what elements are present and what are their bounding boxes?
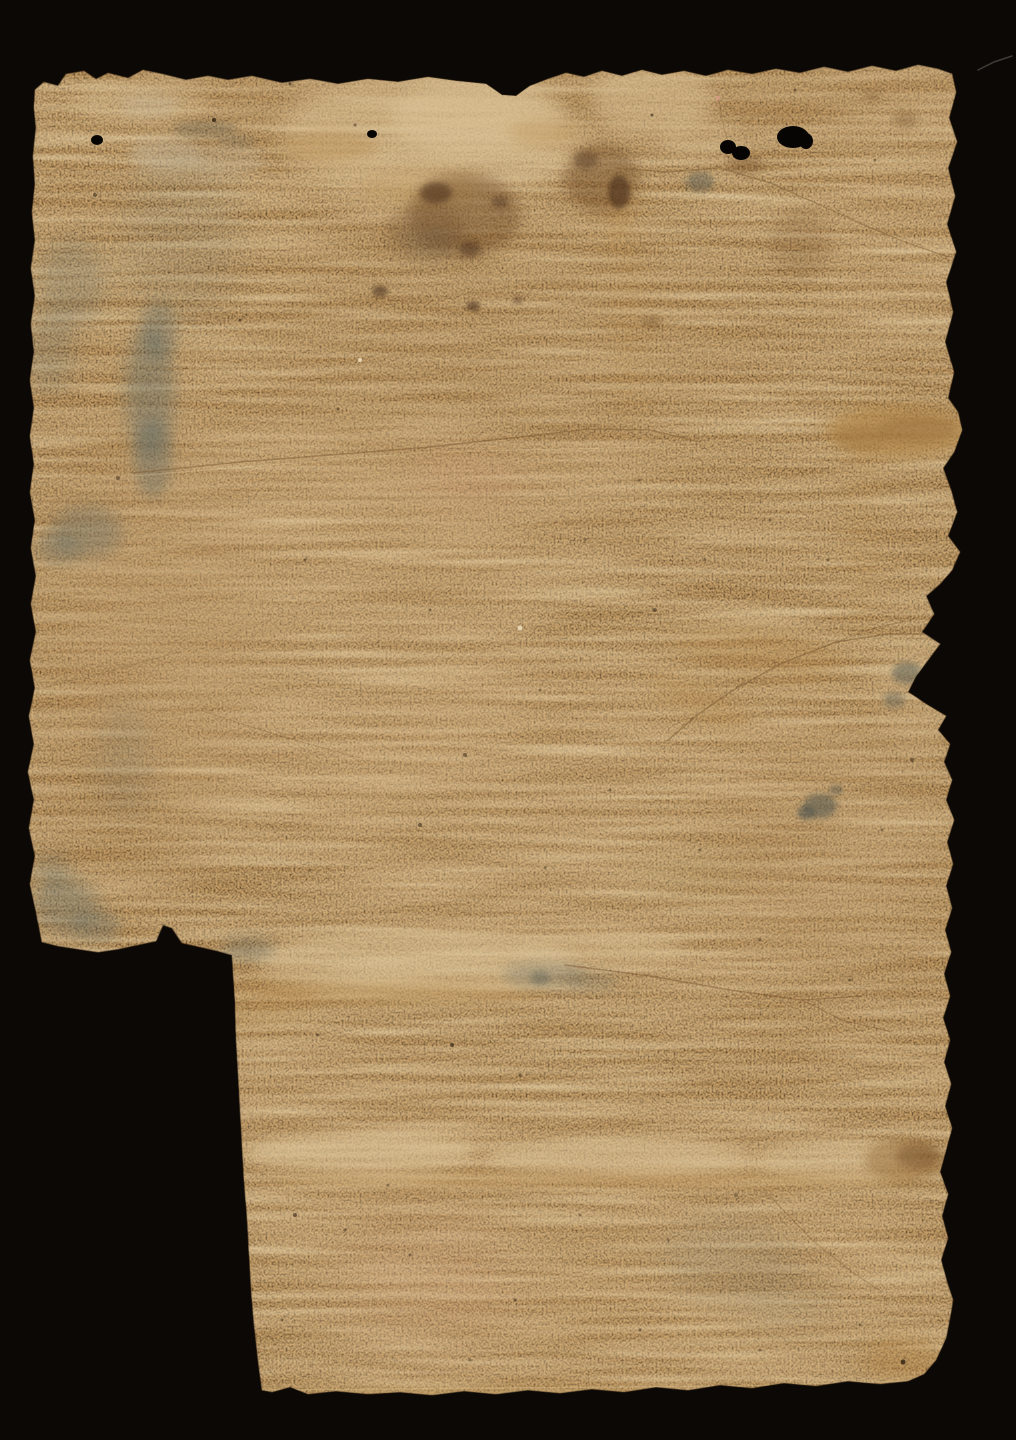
paper-speck xyxy=(469,1359,472,1362)
stain-blob xyxy=(740,1268,840,1332)
stain-blob xyxy=(173,121,237,137)
stain-blob xyxy=(896,1144,940,1168)
stain-blob xyxy=(120,93,180,117)
stain-blob xyxy=(410,450,530,510)
paper-speck xyxy=(317,1034,320,1037)
stain-blob xyxy=(282,131,378,163)
paper-speck xyxy=(639,479,642,482)
stain-blob xyxy=(34,852,70,892)
stain-blob xyxy=(878,416,958,444)
paper-speck xyxy=(344,1229,347,1232)
paper-speck xyxy=(116,476,120,480)
paper-speck xyxy=(544,867,547,870)
stain-blob xyxy=(834,425,890,449)
paper-speck xyxy=(304,559,307,562)
paper-speck xyxy=(409,1254,412,1257)
stain-blob xyxy=(485,1138,755,1178)
paper-speck xyxy=(827,559,830,562)
stain-blob xyxy=(219,135,255,147)
stain-blob xyxy=(564,144,640,212)
stain-blob xyxy=(574,151,598,169)
paper-speck xyxy=(667,1239,670,1242)
paper-speck xyxy=(769,519,772,522)
stain-blob xyxy=(863,90,881,102)
paper-speck xyxy=(849,979,852,982)
paper-speck xyxy=(358,358,362,362)
stain-blob xyxy=(459,241,481,257)
paper-speck xyxy=(859,1324,862,1327)
paper-speck xyxy=(929,329,932,332)
paper-speck xyxy=(653,608,657,612)
paper-speck xyxy=(881,829,884,832)
stain-blob xyxy=(642,316,662,328)
stain-blob xyxy=(614,240,642,420)
stain-blob xyxy=(770,208,830,280)
paper-speck xyxy=(519,1074,522,1077)
paper-speck xyxy=(704,559,707,562)
stain-blob xyxy=(892,112,918,128)
stain-blob xyxy=(420,182,452,204)
stain-blob xyxy=(265,1172,925,1188)
paper-speck xyxy=(584,539,587,542)
paper-speck xyxy=(418,823,422,827)
paper-speck xyxy=(699,849,702,852)
paper-speck xyxy=(794,89,797,92)
paper-speck xyxy=(293,1213,297,1217)
stain-blob xyxy=(390,78,560,158)
stain-blob xyxy=(72,910,120,942)
paper-speck xyxy=(639,1329,642,1332)
paper-speck xyxy=(579,1214,582,1217)
stain-blob xyxy=(95,700,155,820)
stain-blob xyxy=(513,296,523,304)
worm-hole xyxy=(91,135,103,145)
stain-blob xyxy=(797,806,815,820)
paper-speck xyxy=(289,83,292,86)
stain-blob xyxy=(829,785,843,795)
stain-blob xyxy=(36,532,80,564)
paper-speck xyxy=(759,939,762,942)
paper-speck xyxy=(734,1193,738,1197)
paper-speck xyxy=(539,689,542,692)
worm-hole xyxy=(799,133,813,149)
paper-speck xyxy=(387,1184,390,1187)
paper-speck xyxy=(450,1043,454,1047)
paper-speck xyxy=(93,193,97,197)
paper-speck xyxy=(609,789,612,792)
stain-blob xyxy=(245,1131,475,1175)
paper-speck xyxy=(239,319,242,322)
paper-speck xyxy=(337,408,340,411)
stain-blob xyxy=(398,222,462,262)
paper-speck xyxy=(518,626,523,631)
stain-blob xyxy=(630,854,750,890)
stain-blob xyxy=(372,285,388,297)
worm-hole xyxy=(732,146,750,160)
paper-speck xyxy=(309,869,312,872)
paper-speck xyxy=(463,753,467,757)
paper-speck xyxy=(281,1319,284,1322)
stain-blob xyxy=(134,418,172,498)
worm-hole xyxy=(367,130,377,138)
stain-blob xyxy=(686,172,714,192)
scanned-paper-image xyxy=(0,0,1016,1440)
paper-speck xyxy=(212,118,216,122)
paper-speck xyxy=(354,124,357,127)
stain-blob xyxy=(466,301,480,311)
stain-blob xyxy=(509,120,581,146)
paper-speck xyxy=(651,114,654,117)
stain-blob xyxy=(608,175,630,209)
stain-blob xyxy=(120,150,240,330)
paper-speck xyxy=(716,96,720,100)
paper-speck xyxy=(910,758,914,762)
paper-speck xyxy=(759,1349,762,1352)
stain-blob xyxy=(566,973,618,991)
paper-speck xyxy=(874,159,877,162)
stain-blob xyxy=(491,196,509,208)
paper-speck xyxy=(514,1299,517,1302)
paper-speck xyxy=(429,609,432,612)
stain-blob xyxy=(340,1220,520,1340)
paper-speck xyxy=(901,1360,906,1365)
scan-viewport xyxy=(0,0,1016,1440)
stain-blob xyxy=(883,692,905,708)
